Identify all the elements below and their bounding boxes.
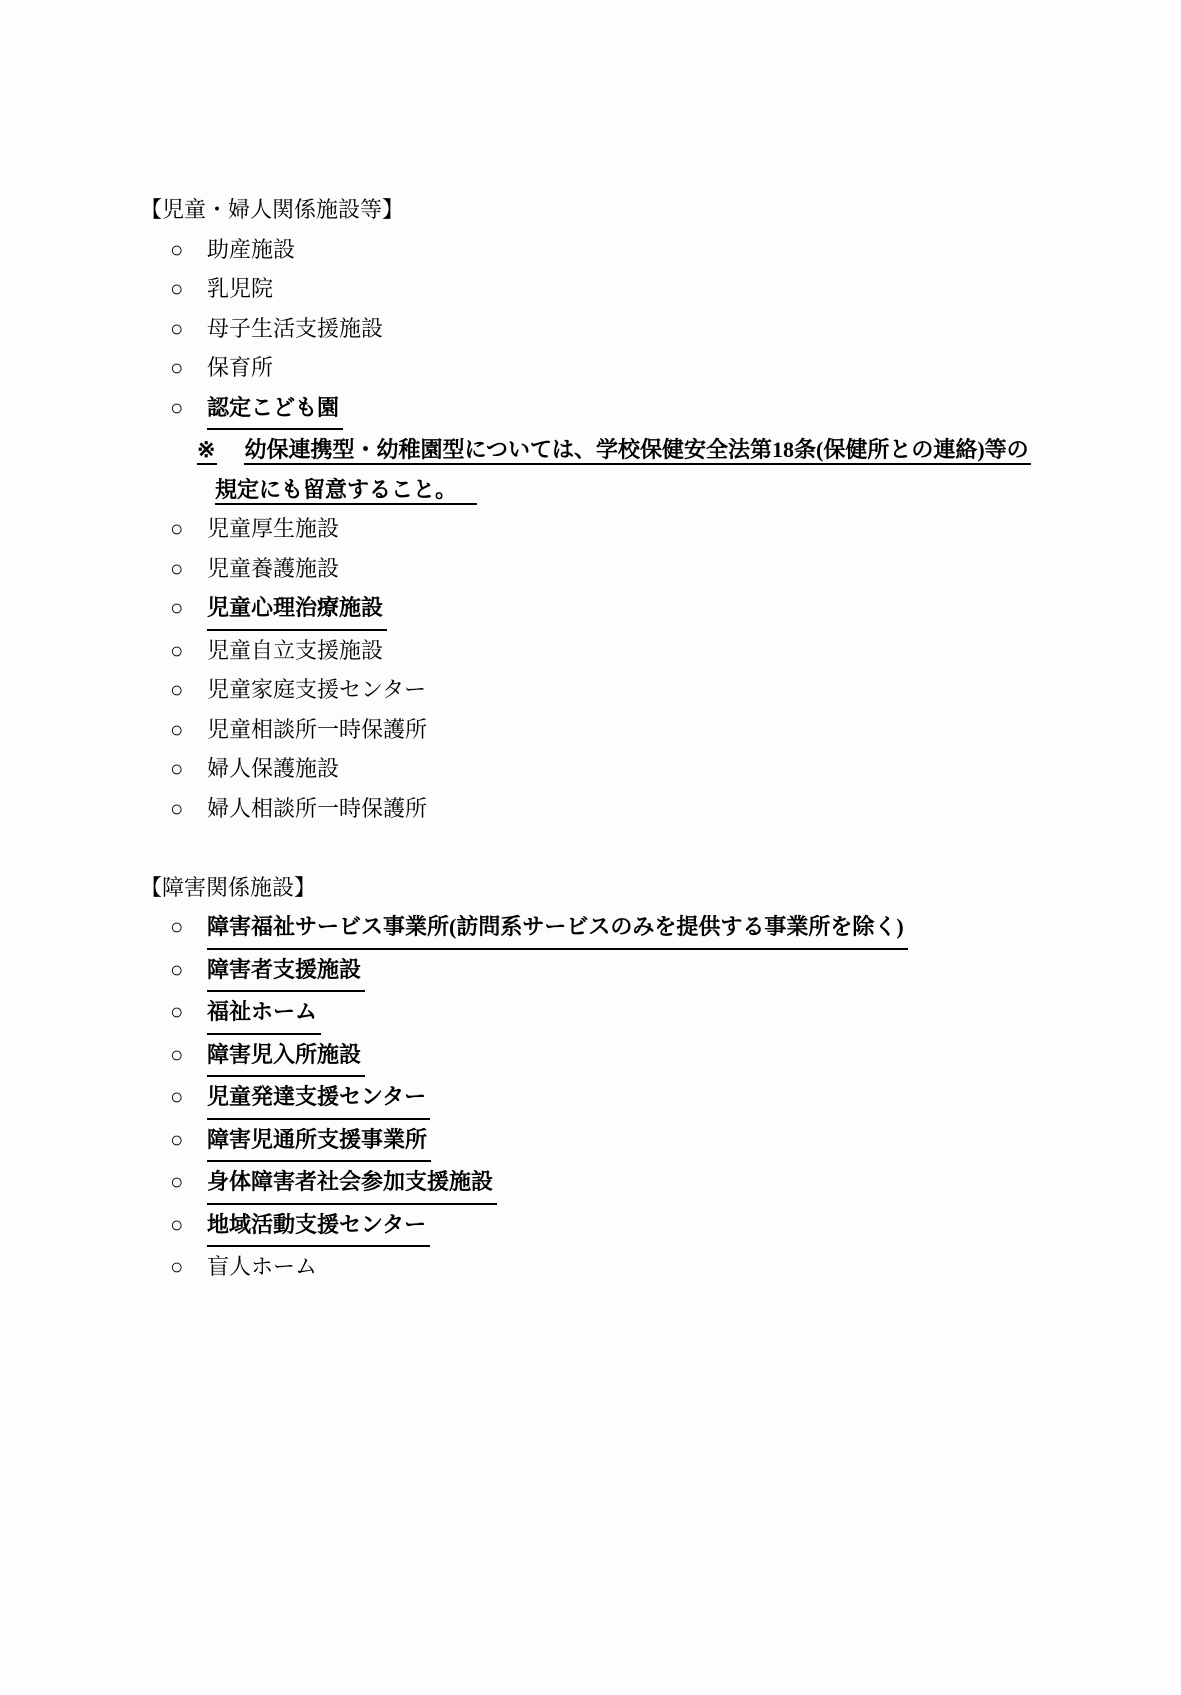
facility-name: 児童自立支援施設 (207, 631, 383, 671)
facility-name: 婦人保護施設 (207, 749, 339, 789)
facility-name: 母子生活支援施設 (207, 309, 383, 349)
list-item: ○婦人相談所一時保護所 (170, 789, 1140, 829)
list-item: ○婦人保護施設 (170, 749, 1140, 789)
circle-bullet-icon: ○ (170, 269, 207, 309)
list-item: ○障害福祉サービス事業所(訪問系サービスのみを提供する事業所を除く) (170, 907, 1140, 950)
list-item: ○児童厚生施設 (170, 509, 1140, 549)
circle-bullet-icon: ○ (170, 549, 207, 589)
list-item: ○児童家庭支援センター (170, 670, 1140, 710)
list-item: ○助産施設 (170, 230, 1140, 270)
list-item: ○障害児通所支援事業所 (170, 1120, 1140, 1163)
facility-name: 児童発達支援センター (207, 1077, 430, 1120)
note-text: 規定にも留意すること。 (215, 477, 477, 505)
circle-bullet-icon: ○ (170, 631, 207, 671)
circle-bullet-icon: ○ (170, 1077, 207, 1117)
facility-name: 助産施設 (207, 230, 295, 270)
note-text: 幼保連携型・幼稚園型については、学校保健安全法第18条(保健所との連絡)等の (244, 437, 1030, 465)
section-title: 【障害関係施設】 (140, 868, 1140, 908)
facility-name: 保育所 (207, 348, 273, 388)
circle-bullet-icon: ○ (170, 950, 207, 990)
list-item: ○母子生活支援施設 (170, 309, 1140, 349)
circle-bullet-icon: ○ (170, 309, 207, 349)
list-item: ○児童養護施設 (170, 549, 1140, 589)
document-content: 【児童・婦人関係施設等】○助産施設○乳児院○母子生活支援施設○保育所○認定こども… (140, 190, 1140, 1287)
circle-bullet-icon: ○ (170, 1035, 207, 1075)
list-item: ○身体障害者社会参加支援施設 (170, 1162, 1140, 1205)
circle-bullet-icon: ○ (170, 388, 207, 428)
facility-name: 婦人相談所一時保護所 (207, 789, 427, 829)
reference-mark-icon: ※ (197, 437, 217, 465)
list-item: ○児童心理治療施設 (170, 588, 1140, 631)
circle-bullet-icon: ○ (170, 710, 207, 750)
list-item: ○盲人ホーム (170, 1247, 1140, 1287)
facility-name: 地域活動支援センター (207, 1205, 430, 1248)
circle-bullet-icon: ○ (170, 348, 207, 388)
circle-bullet-icon: ○ (170, 789, 207, 829)
circle-bullet-icon: ○ (170, 749, 207, 789)
circle-bullet-icon: ○ (170, 1247, 207, 1287)
facility-name: 児童厚生施設 (207, 509, 339, 549)
circle-bullet-icon: ○ (170, 670, 207, 710)
facility-name: 障害者支援施設 (207, 950, 365, 993)
circle-bullet-icon: ○ (170, 230, 207, 270)
note-line: ※幼保連携型・幼稚園型については、学校保健安全法第18条(保健所との連絡)等の (197, 430, 1140, 470)
facility-sections: 【児童・婦人関係施設等】○助産施設○乳児院○母子生活支援施設○保育所○認定こども… (140, 190, 1140, 1287)
list-item: ○障害者支援施設 (170, 950, 1140, 993)
document-page: 【児童・婦人関係施設等】○助産施設○乳児院○母子生活支援施設○保育所○認定こども… (0, 0, 1181, 1695)
circle-bullet-icon: ○ (170, 1205, 207, 1245)
facility-name: 障害児入所施設 (207, 1035, 365, 1078)
list-item: ○児童自立支援施設 (170, 631, 1140, 671)
circle-bullet-icon: ○ (170, 1162, 207, 1202)
facility-name: 児童養護施設 (207, 549, 339, 589)
list-item: ○乳児院 (170, 269, 1140, 309)
facility-name: 乳児院 (207, 269, 273, 309)
facility-section: 【障害関係施設】○障害福祉サービス事業所(訪問系サービスのみを提供する事業所を除… (140, 868, 1140, 1287)
circle-bullet-icon: ○ (170, 1120, 207, 1160)
facility-name: 福祉ホーム (207, 992, 321, 1035)
list-item: ○児童相談所一時保護所 (170, 710, 1140, 750)
list-item: ○福祉ホーム (170, 992, 1140, 1035)
facility-name: 身体障害者社会参加支援施設 (207, 1162, 497, 1205)
list-item: ○児童発達支援センター (170, 1077, 1140, 1120)
circle-bullet-icon: ○ (170, 992, 207, 1032)
facility-name: 認定こども園 (207, 388, 343, 431)
facility-name: 盲人ホーム (207, 1247, 317, 1287)
list-item: ○障害児入所施設 (170, 1035, 1140, 1078)
section-title: 【児童・婦人関係施設等】 (140, 190, 1140, 230)
facility-name: 児童家庭支援センター (207, 670, 426, 710)
facility-name: 障害児通所支援事業所 (207, 1120, 431, 1163)
facility-section: 【児童・婦人関係施設等】○助産施設○乳児院○母子生活支援施設○保育所○認定こども… (140, 190, 1140, 828)
facility-name: 児童心理治療施設 (207, 588, 387, 631)
circle-bullet-icon: ○ (170, 509, 207, 549)
facility-name: 障害福祉サービス事業所(訪問系サービスのみを提供する事業所を除く) (207, 907, 908, 950)
circle-bullet-icon: ○ (170, 588, 207, 628)
note-line: 規定にも留意すること。 (215, 470, 1140, 510)
list-item: ○認定こども園 (170, 388, 1140, 431)
list-item: ○保育所 (170, 348, 1140, 388)
facility-name: 児童相談所一時保護所 (207, 710, 427, 750)
list-item: ○地域活動支援センター (170, 1205, 1140, 1248)
circle-bullet-icon: ○ (170, 907, 207, 947)
